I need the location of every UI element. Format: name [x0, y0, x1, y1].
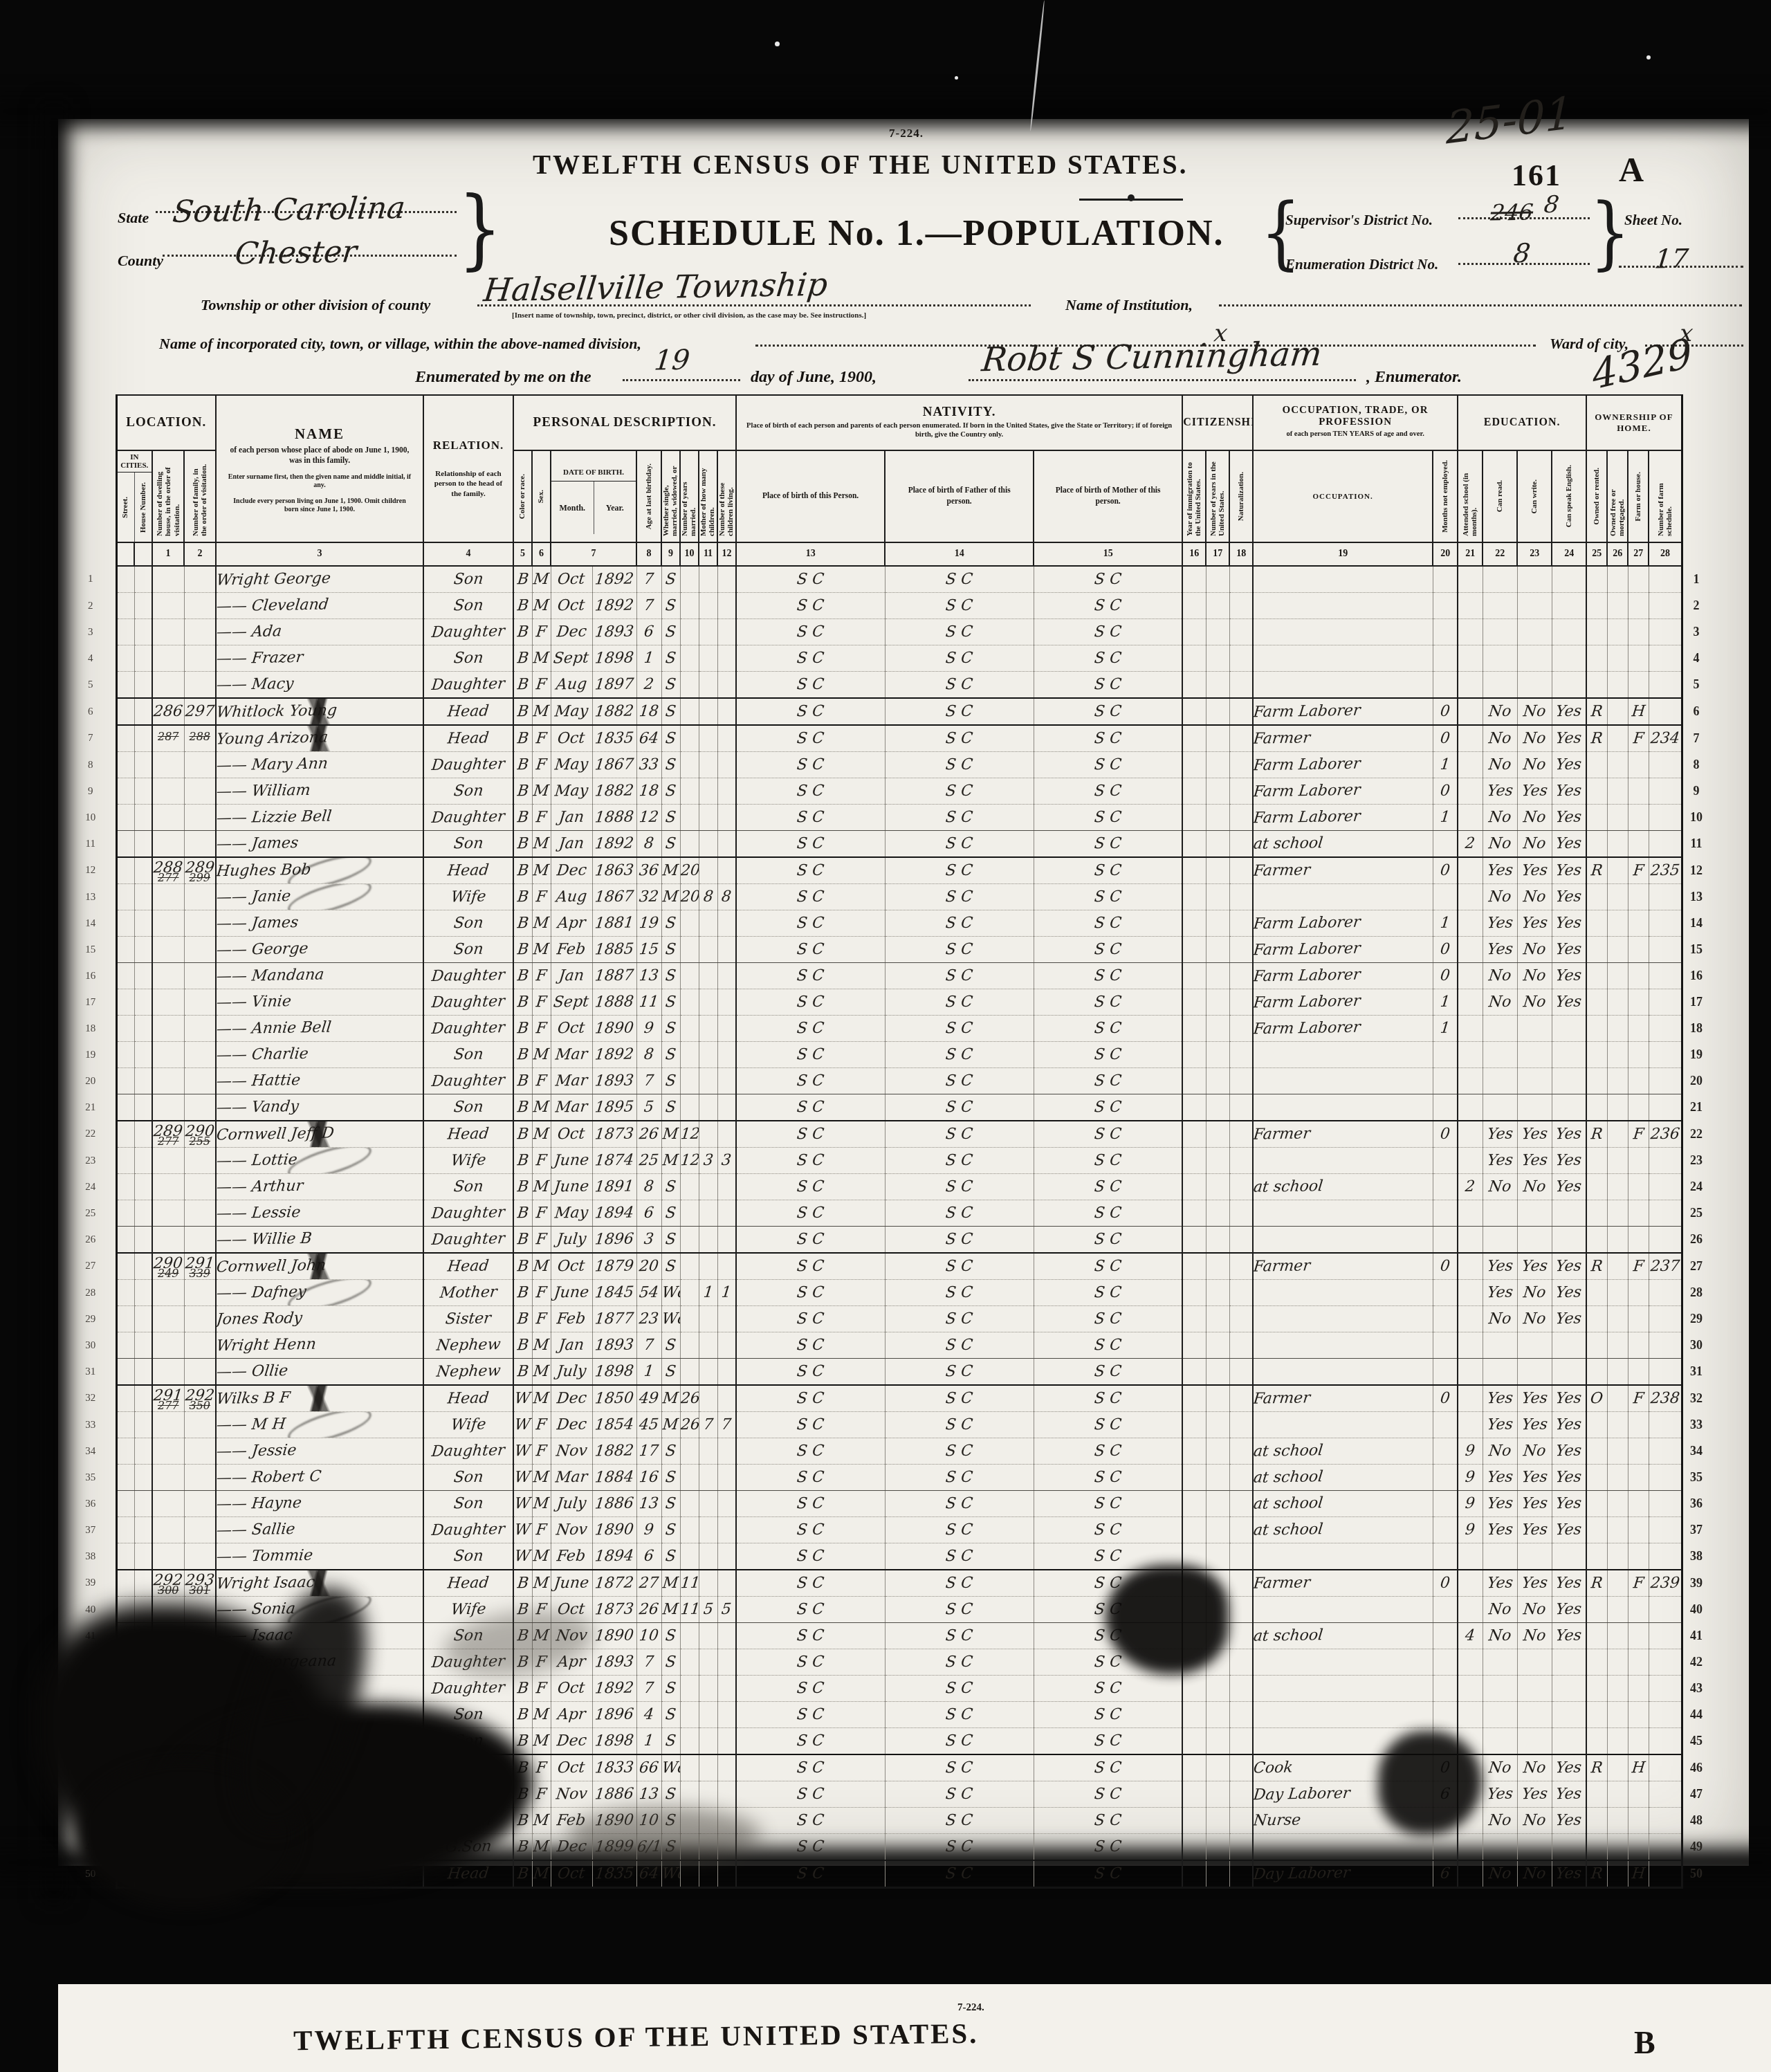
cell-age: 12 — [636, 805, 661, 831]
row-number-left: 37 — [66, 1517, 116, 1543]
cell-ym — [680, 910, 699, 937]
row-number-left: 13 — [66, 884, 116, 910]
row-number-right: 16 — [1682, 963, 1709, 989]
table-row: 18—— Annie BellDaughterBFOct18909SS CS C… — [66, 1016, 1709, 1042]
row-number-right: 48 — [1682, 1808, 1709, 1834]
colnum-25: 25 — [1586, 542, 1607, 566]
cell-house — [134, 1465, 152, 1491]
cell-mc — [699, 1754, 717, 1781]
cell-age: 7 — [636, 1332, 661, 1359]
cell-nat — [1229, 1174, 1253, 1200]
cell-imm — [1182, 1227, 1206, 1254]
cell-mo: Oct — [551, 1676, 592, 1702]
cell-en — [1552, 1649, 1586, 1676]
cell-m: S — [661, 593, 680, 619]
cell-age: 64 — [636, 725, 661, 752]
cell-pb: S C — [736, 989, 885, 1016]
cell-cl — [717, 831, 736, 858]
cell-mc — [699, 1121, 717, 1148]
cell-house — [134, 1094, 152, 1121]
cell-fh — [1628, 937, 1649, 963]
cell-nat — [1229, 1094, 1253, 1121]
cell-age: 10 — [636, 1623, 661, 1649]
cell-mo: Oct — [551, 566, 592, 593]
cell-c: B — [513, 937, 532, 963]
cell-nat — [1229, 1016, 1253, 1042]
cell-pm: S C — [1034, 1385, 1182, 1412]
cell-mo: May — [551, 1200, 592, 1227]
cell-age: 64 — [636, 1860, 661, 1888]
cell-dw — [152, 1068, 184, 1094]
cell-pf: S C — [885, 566, 1034, 593]
cell-ym — [680, 937, 699, 963]
cell-fh — [1628, 1676, 1649, 1702]
cell-rd: Yes — [1483, 1385, 1517, 1412]
cell-name: Wilks B F — [216, 1385, 423, 1412]
cell-mne: 1 — [1433, 1016, 1458, 1042]
cell-m: Wd — [661, 1306, 680, 1332]
table-row: 19—— CharlieSonBMMar18928SS CS CS C19 — [66, 1042, 1709, 1068]
row-number-left: 6 — [66, 698, 116, 725]
cell-age: 25 — [636, 1148, 661, 1174]
cell-en — [1552, 1543, 1586, 1570]
cell-imm — [1182, 1438, 1206, 1465]
cell-name: —— Arthur — [216, 1174, 423, 1200]
cell-mne: 0 — [1433, 1121, 1458, 1148]
cell-occ: Farm Laborer — [1253, 910, 1433, 937]
cell-occ — [1253, 1543, 1433, 1570]
scan-speck — [775, 42, 780, 46]
cell-pf: S C — [885, 1808, 1034, 1834]
cell-name: —— Lottie — [216, 1148, 423, 1174]
cell-m: M — [661, 1412, 680, 1438]
sheet-letter: A — [1619, 149, 1644, 190]
cell-house — [134, 1332, 152, 1359]
cell-c: W — [513, 1412, 532, 1438]
colnum-28: 28 — [1649, 542, 1682, 566]
cell-nat — [1229, 1359, 1253, 1386]
cell-yus — [1206, 1728, 1229, 1755]
cell-pf: S C — [885, 1649, 1034, 1676]
cell-rd — [1483, 593, 1517, 619]
township-note: [Insert name of township, town, precinct… — [512, 311, 1038, 320]
cell-fh — [1628, 1332, 1649, 1359]
cell-en: Yes — [1552, 831, 1586, 858]
row-number-left: 11 — [66, 831, 116, 858]
cell-pm: S C — [1034, 910, 1182, 937]
cell-rel: Son — [423, 1174, 513, 1200]
cell-fs: 235 — [1649, 857, 1682, 884]
cell-nat — [1229, 1860, 1253, 1888]
cell-imm — [1182, 1253, 1206, 1280]
cell-rd — [1483, 1068, 1517, 1094]
row-number-right: 13 — [1682, 884, 1709, 910]
cell-mc — [699, 963, 717, 989]
cell-mo: June — [551, 1570, 592, 1597]
cell-mc — [699, 1227, 717, 1254]
cell-cl — [717, 645, 736, 672]
cell-fh — [1628, 1016, 1649, 1042]
cell-rel: Head — [423, 725, 513, 752]
cell-c: B — [513, 1280, 532, 1306]
cell-yr: 1872 — [592, 1570, 636, 1597]
row-number-left: 21 — [66, 1094, 116, 1121]
cell-wr — [1517, 1359, 1552, 1386]
cell-cl — [717, 1728, 736, 1755]
cell-yr: 1892 — [592, 566, 636, 593]
row-number-left: 22 — [66, 1121, 116, 1148]
cell-yr: 1897 — [592, 672, 636, 699]
row-number-left: 17 — [66, 989, 116, 1016]
cell-ym — [680, 1754, 699, 1781]
cell-ym — [680, 698, 699, 725]
cell-fh — [1628, 1227, 1649, 1254]
cell-yr: 1835 — [592, 725, 636, 752]
cell-fh — [1628, 1702, 1649, 1728]
colnum-20: 20 — [1433, 542, 1458, 566]
cell-yr: 1882 — [592, 698, 636, 725]
cell-sch — [1458, 1676, 1483, 1702]
col-occupation-label: OCCUPATION. — [1254, 493, 1432, 501]
cell-mo: Oct — [551, 1016, 592, 1042]
stamp-number: 161 — [1512, 158, 1561, 193]
cell-pf: S C — [885, 778, 1034, 805]
cell-sch — [1458, 1280, 1483, 1306]
footer-title: TWELFTH CENSUS OF THE UNITED STATES. — [293, 2017, 979, 2057]
cell-pb: S C — [736, 1860, 885, 1888]
cell-mne: 0 — [1433, 857, 1458, 884]
cell-mo: Apr — [551, 910, 592, 937]
cell-fm — [1607, 1597, 1628, 1623]
cell-street — [116, 1491, 134, 1517]
cell-fs — [1649, 645, 1682, 672]
cell-yus — [1206, 619, 1229, 645]
cell-wr: Yes — [1517, 857, 1552, 884]
cell-m: S — [661, 1728, 680, 1755]
cell-nat — [1229, 593, 1253, 619]
cell-yus — [1206, 1094, 1229, 1121]
cell-rd: Yes — [1483, 937, 1517, 963]
enumerator-name: Robt S Cunningham — [980, 335, 1324, 380]
cell-sch — [1458, 698, 1483, 725]
cell-imm — [1182, 752, 1206, 778]
cell-mo: May — [551, 698, 592, 725]
cell-or — [1586, 1359, 1607, 1386]
row-number-right: 10 — [1682, 805, 1709, 831]
cell-fh — [1628, 884, 1649, 910]
colnum-24: 24 — [1552, 542, 1586, 566]
row-number-right: 18 — [1682, 1016, 1709, 1042]
cell-yr: 1896 — [592, 1702, 636, 1728]
cell-rd — [1483, 645, 1517, 672]
cell-rd — [1483, 566, 1517, 593]
cell-fh — [1628, 778, 1649, 805]
row-number-left: 25 — [66, 1200, 116, 1227]
cell-age: 6 — [636, 1543, 661, 1570]
cell-fs — [1649, 1491, 1682, 1517]
cell-en: Yes — [1552, 1491, 1586, 1517]
cell-street — [116, 566, 134, 593]
colnum-6: 6 — [532, 542, 551, 566]
colnum-1: 1 — [152, 542, 184, 566]
cell-sch: 9 — [1458, 1465, 1483, 1491]
cell-c: W — [513, 1465, 532, 1491]
cell-or — [1586, 1068, 1607, 1094]
cell-age: 36 — [636, 857, 661, 884]
cell-cl — [717, 619, 736, 645]
cell-mc: 7 — [699, 1412, 717, 1438]
cell-mc — [699, 1385, 717, 1412]
cell-s: M — [532, 1042, 551, 1068]
table-row: 4—— FrazerSonBMSept18981SS CS CS C4 — [66, 645, 1709, 672]
cell-yus — [1206, 1808, 1229, 1834]
cell-mc — [699, 1517, 717, 1543]
cell-pm: S C — [1034, 752, 1182, 778]
cell-ym — [680, 1200, 699, 1227]
cell-yus — [1206, 698, 1229, 725]
cell-dw — [152, 1042, 184, 1068]
cell-fm — [1607, 1517, 1628, 1543]
cell-rel: Son — [423, 593, 513, 619]
cell-yr: 1845 — [592, 1280, 636, 1306]
cell-en — [1552, 566, 1586, 593]
cell-mc — [699, 752, 717, 778]
group-ownership-title: OWNERSHIP OF HOME. — [1587, 412, 1681, 434]
cell-imm — [1182, 910, 1206, 937]
cell-s: M — [532, 593, 551, 619]
cell-rd: No — [1483, 1174, 1517, 1200]
cell-fam — [184, 1174, 216, 1200]
colnum-13: 13 — [736, 542, 885, 566]
cell-occ: at school — [1253, 1174, 1433, 1200]
cell-name: Whitlock Young — [216, 698, 423, 725]
cell-pm: S C — [1034, 1860, 1182, 1888]
cell-pm: S C — [1034, 1121, 1182, 1148]
row-number-right: 2 — [1682, 593, 1709, 619]
cell-cl: 7 — [717, 1412, 736, 1438]
cell-or — [1586, 1438, 1607, 1465]
cell-house — [134, 910, 152, 937]
col-age-header: Age at last birthday. — [636, 450, 661, 542]
cell-sch — [1458, 805, 1483, 831]
cell-street — [116, 910, 134, 937]
cell-nat — [1229, 1570, 1253, 1597]
cell-ym: 11 — [680, 1597, 699, 1623]
cell-fam — [184, 1359, 216, 1386]
cell-pf: S C — [885, 1834, 1034, 1861]
cell-fs — [1649, 672, 1682, 699]
cell-rel: Head — [423, 1121, 513, 1148]
row-number-left: 23 — [66, 1148, 116, 1174]
row-number-right: 33 — [1682, 1412, 1709, 1438]
row-number-right: 4 — [1682, 645, 1709, 672]
cell-pm: S C — [1034, 831, 1182, 858]
cell-street — [116, 831, 134, 858]
cell-nat — [1229, 1597, 1253, 1623]
cell-en: Yes — [1552, 989, 1586, 1016]
cell-fs — [1649, 831, 1682, 858]
cell-rd: No — [1483, 1623, 1517, 1649]
cell-cl — [717, 989, 736, 1016]
cell-house — [134, 1491, 152, 1517]
cell-sch — [1458, 1385, 1483, 1412]
cell-fm — [1607, 884, 1628, 910]
row-number-left: 30 — [66, 1332, 116, 1359]
cell-house — [134, 1068, 152, 1094]
cell-fam — [184, 989, 216, 1016]
cell-occ — [1253, 1332, 1433, 1359]
cell-fam — [184, 1306, 216, 1332]
cell-name: Cornwell John — [216, 1253, 423, 1280]
cell-name: —— Lizzie Bell — [216, 805, 423, 831]
cell-fh — [1628, 805, 1649, 831]
cell-yus — [1206, 1543, 1229, 1570]
cell-fam — [184, 1227, 216, 1254]
cell-name: —— Tommie — [216, 1543, 423, 1570]
row-number-right: 34 — [1682, 1438, 1709, 1465]
cell-sch — [1458, 1359, 1483, 1386]
cell-m: S — [661, 1491, 680, 1517]
cell-occ: Farmer — [1253, 1253, 1433, 1280]
col-childrenliving-header: Number of these children living. — [717, 450, 736, 542]
cell-ym: 12 — [680, 1148, 699, 1174]
cell-nat — [1229, 1623, 1253, 1649]
cell-pb: S C — [736, 1385, 885, 1412]
cell-fam — [184, 1280, 216, 1306]
cell-rel: Head — [423, 1570, 513, 1597]
cell-imm — [1182, 1332, 1206, 1359]
cell-mne — [1433, 645, 1458, 672]
cell-age: 54 — [636, 1280, 661, 1306]
cell-fm — [1607, 1227, 1628, 1254]
cell-name: —— Robert C — [216, 1465, 423, 1491]
cell-mo: Nov — [551, 1517, 592, 1543]
cell-name: —— Annie Bell — [216, 1016, 423, 1042]
col-dob-header: DATE OF BIRTH. Month. Year. — [551, 450, 636, 542]
cell-en: Yes — [1552, 1570, 1586, 1597]
cell-sch: 9 — [1458, 1491, 1483, 1517]
cell-imm — [1182, 1042, 1206, 1068]
col-canwrite-label: Can write. — [1530, 479, 1539, 514]
cell-rd: No — [1483, 1597, 1517, 1623]
cell-m: S — [661, 672, 680, 699]
cell-sch — [1458, 1860, 1483, 1888]
cell-m: S — [661, 1438, 680, 1465]
cell-yr: 1898 — [592, 1359, 636, 1386]
cell-fh — [1628, 566, 1649, 593]
cell-m: M — [661, 1570, 680, 1597]
group-education: EDUCATION. — [1458, 395, 1586, 450]
row-number-right: 30 — [1682, 1332, 1709, 1359]
row-number-left: 10 — [66, 805, 116, 831]
cell-pf: S C — [885, 937, 1034, 963]
enumeration-label: Enumeration District No. — [1285, 256, 1438, 273]
cell-fh — [1628, 1438, 1649, 1465]
cell-rel: Son — [423, 831, 513, 858]
cell-ym — [680, 619, 699, 645]
colnum-7: 7 — [551, 542, 636, 566]
cell-occ: Farmer — [1253, 1570, 1433, 1597]
cell-cl — [717, 1042, 736, 1068]
cell-fm — [1607, 1332, 1628, 1359]
cell-age: 45 — [636, 1412, 661, 1438]
cell-wr — [1517, 1676, 1552, 1702]
cell-mc — [699, 1491, 717, 1517]
cell-mne: 1 — [1433, 752, 1458, 778]
cell-pf: S C — [885, 1676, 1034, 1702]
cell-yus — [1206, 989, 1229, 1016]
cell-fs — [1649, 910, 1682, 937]
cell-s: F — [532, 963, 551, 989]
cell-name: —— Mandana — [216, 963, 423, 989]
cell-nat — [1229, 963, 1253, 989]
cell-rd: Yes — [1483, 1570, 1517, 1597]
cell-rel: Daughter — [423, 1016, 513, 1042]
cell-fam: 293301 — [184, 1570, 216, 1597]
cell-fm — [1607, 1042, 1628, 1068]
cell-pm: S C — [1034, 1702, 1182, 1728]
cell-ym — [680, 1543, 699, 1570]
cell-fs — [1649, 1438, 1682, 1465]
cell-pf: S C — [885, 1623, 1034, 1649]
cell-yr: 1882 — [592, 778, 636, 805]
cell-en — [1552, 1042, 1586, 1068]
cell-fh — [1628, 1649, 1649, 1676]
cell-yus — [1206, 752, 1229, 778]
cell-yr: 1893 — [592, 619, 636, 645]
cell-age: 8 — [636, 1174, 661, 1200]
cell-cl — [717, 1676, 736, 1702]
col-pobfather-header: Place of birth of Father of this person. — [885, 450, 1034, 542]
next-sheet-strip: 7-224. TWELFTH CENSUS OF THE UNITED STAT… — [58, 1984, 1771, 2072]
cell-fm — [1607, 1016, 1628, 1042]
gutter-left — [66, 395, 116, 566]
cell-mne — [1433, 619, 1458, 645]
cell-pb: S C — [736, 937, 885, 963]
cell-or — [1586, 937, 1607, 963]
cell-occ: Farm Laborer — [1253, 937, 1433, 963]
cell-mc — [699, 619, 717, 645]
cell-dw — [152, 1016, 184, 1042]
table-row: 36—— HayneSonWMJuly188613SS CS CS Cat sc… — [66, 1491, 1709, 1517]
cell-imm — [1182, 1412, 1206, 1438]
cell-nat — [1229, 1227, 1253, 1254]
cell-c: B — [513, 1174, 532, 1200]
cell-name: —— Janie — [216, 884, 423, 910]
cell-mo: Oct — [551, 1754, 592, 1781]
cell-occ — [1253, 1834, 1433, 1861]
row-number-right: 38 — [1682, 1543, 1709, 1570]
cell-mo: Mar — [551, 1094, 592, 1121]
cell-or — [1586, 1148, 1607, 1174]
cell-age: 2 — [636, 672, 661, 699]
cell-pf: S C — [885, 1385, 1034, 1412]
cell-fh: F — [1628, 1570, 1649, 1597]
col-dwelling-header: Number of dwelling house, in the order o… — [152, 450, 184, 542]
cell-pf: S C — [885, 1068, 1034, 1094]
cell-en: Yes — [1552, 1438, 1586, 1465]
group-ownership: OWNERSHIP OF HOME. — [1586, 395, 1682, 450]
cell-or — [1586, 593, 1607, 619]
cell-wr: No — [1517, 1174, 1552, 1200]
table-row: 35—— Robert CSonWMMar188416SS CS CS Cat … — [66, 1465, 1709, 1491]
cell-rel: Son — [423, 1042, 513, 1068]
cell-rd: No — [1483, 963, 1517, 989]
cell-rd: No — [1483, 698, 1517, 725]
cell-ym — [680, 752, 699, 778]
cell-pb: S C — [736, 1517, 885, 1543]
cell-fs: 237 — [1649, 1253, 1682, 1280]
